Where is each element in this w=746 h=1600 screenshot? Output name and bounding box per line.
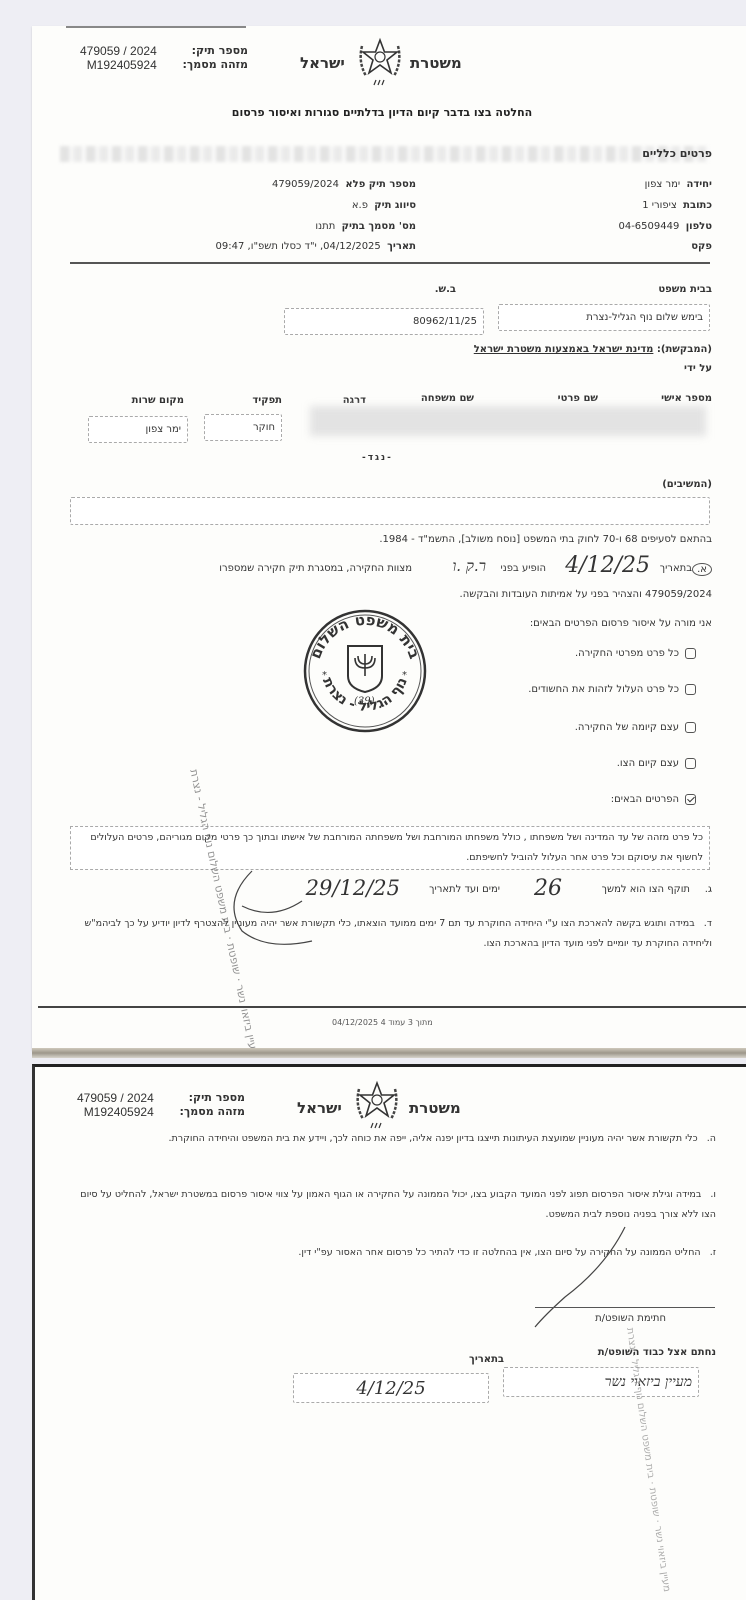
- option-identify-suspects[interactable]: כל פרט העלול לזהות את החשודים.: [528, 684, 696, 695]
- section-a-letter: א.: [692, 563, 712, 576]
- court-label: בבית משפט: [658, 284, 712, 295]
- phone-value: 04-6509449: [618, 221, 679, 232]
- respondents-field[interactable]: [70, 497, 710, 525]
- station-field[interactable]: ימר צפון: [88, 416, 188, 443]
- signed-before-field[interactable]: מעיין ביזאוי נשר: [503, 1367, 699, 1397]
- respondents-label: (המשיבים): [662, 479, 712, 490]
- judge-signature-label: חתימת השופט/ת: [595, 1313, 666, 1324]
- file-number-label: מספר תיק:: [169, 1091, 245, 1105]
- order-intro: אני מורה על איסור פרסום הפרטים הבאים:: [530, 618, 712, 629]
- pla-file-label: מספר תיק פלא: [345, 179, 416, 190]
- handwritten-name: ר.ק .ו: [452, 557, 486, 576]
- date-row: תאריך 04/12/2025, י"ד כסלו תשפ"ו, 09:47: [216, 241, 416, 252]
- option-label: עצם קיום הצו.: [617, 758, 679, 769]
- file-number-value: 479059 / 2024: [77, 1091, 154, 1105]
- svg-text:נוף הגליל - נצרת: נוף הגליל - נצרת: [319, 675, 411, 715]
- judge-signature-line: [535, 1307, 715, 1308]
- date-label: תאריך: [387, 241, 416, 252]
- section-h: ה. כלי תקשורת אשר יהיה מעוניין שמועצת הע…: [76, 1129, 716, 1149]
- section-v-letter: ו.: [710, 1189, 716, 1200]
- legal-basis: בהתאם לסעיפים 68 ו-70 לחוק בתי המשפט [נו…: [379, 534, 712, 545]
- handwritten-until-date: 29/12/25: [306, 876, 400, 900]
- unit-label: יחידה: [686, 179, 712, 190]
- date-value: 4/12/25: [356, 1378, 425, 1399]
- date-field[interactable]: 4/12/25: [293, 1373, 489, 1403]
- file-number-value: 479059 / 2024: [80, 44, 157, 58]
- col-header-last-name: שם משפחה: [421, 393, 474, 404]
- israel-police-emblem-icon: [353, 1079, 401, 1135]
- col-header-station: מקום שרות: [132, 395, 184, 406]
- section-h-text: כלי תקשורת אשר יהיה מעוניין שמועצת העיתו…: [169, 1133, 698, 1144]
- checkbox-icon[interactable]: [685, 648, 696, 659]
- option-following-details[interactable]: הפרטים הבאים:: [611, 794, 696, 805]
- requester-label: (המבקשת):: [657, 344, 712, 355]
- section-z-letter: ז.: [710, 1247, 716, 1258]
- option-label: כל פרט מפרטי החקירה.: [575, 648, 679, 659]
- date-value: 04/12/2025, י"ד כסלו תשפ"ו, 09:47: [216, 241, 381, 252]
- page-gap: [32, 1048, 746, 1058]
- section-a-appeared: הופיע בפני: [501, 563, 546, 574]
- signed-before-label: נחתם אצל כבוד השופט/ת: [598, 1347, 716, 1358]
- court-field[interactable]: בימש שלום נוף הגליל-נצרת: [498, 304, 710, 331]
- pla-file-value: 479059/2024: [272, 179, 339, 190]
- section-a-line2: 479059/2024 והצהיר בפני על אמיתות העובדו…: [460, 589, 712, 600]
- checkbox-icon[interactable]: [685, 722, 696, 733]
- org-name-israel: ישראל: [297, 1099, 342, 1117]
- file-class-label: סיווג תיק: [374, 200, 416, 211]
- org-name-police: משטרת: [410, 54, 462, 72]
- signed-before-value: מעיין ביזאוי נשר: [605, 1374, 692, 1391]
- section-g-prefix: תוקף הצו הוא למשך: [602, 884, 690, 895]
- fax-row: פקס: [691, 241, 712, 252]
- address-label: כתובת: [683, 200, 712, 211]
- case-label: ב.ש.: [435, 284, 456, 295]
- file-meta-labels: מספר תיק: מזהה מסמך:: [169, 1091, 245, 1119]
- phone-row: טלפון 04-6509449: [618, 221, 712, 232]
- checkbox-checked-icon[interactable]: [685, 794, 696, 805]
- divider: [70, 262, 710, 264]
- option-label: עצם קיומה של החקירה.: [575, 722, 679, 733]
- footer-divider: [38, 1006, 746, 1008]
- file-meta-values: 479059 / 2024 M192405924: [80, 44, 157, 72]
- unit-value: ימר צפון: [645, 179, 680, 190]
- requester-value: מדינת ישראל באמצעות משטרת ישראל: [474, 344, 654, 355]
- page-title: החלטה בצו בדבר קיום הדיון בדלתיים סגורות…: [192, 106, 572, 119]
- col-header-personal-number: מספר אישי: [661, 393, 712, 404]
- case-number-field[interactable]: 80962/11/25: [284, 308, 484, 335]
- svg-text:(39): (39): [354, 696, 375, 707]
- option-label: הפרטים הבאים:: [611, 794, 679, 805]
- document-page-1: 479059 / 2024 M192405924 מספר תיק: מזהה …: [32, 26, 746, 1050]
- file-class-row: סיווג תיק פ.א: [352, 200, 416, 211]
- org-name-police: משטרת: [409, 1099, 461, 1117]
- svg-text:*: *: [402, 670, 407, 681]
- section-g-mid: ימים ועד לתאריך: [429, 884, 500, 895]
- section-d-text: במידה ותוגש בקשה להארכת הצו ע"י היחידה ה…: [85, 918, 712, 949]
- option-order-existence[interactable]: עצם קיום הצו.: [617, 758, 696, 769]
- svg-text:בית משפט השלום: בית משפט השלום: [306, 611, 423, 661]
- org-name-israel: ישראל: [300, 54, 345, 72]
- station-value: ימר צפון: [146, 424, 181, 435]
- doc-id-value: M192405924: [77, 1105, 154, 1119]
- section-a-rest: מצוות החקירה, במסגרת תיק חקירה שמספרו: [219, 563, 412, 574]
- role-value: חוקר: [253, 422, 275, 433]
- requester-row: (המבקשת): מדינת ישראל באמצעות משטרת ישרא…: [474, 344, 712, 355]
- section-d: ד. במידה ותוגש בקשה להארכת הצו ע"י היחיד…: [72, 914, 712, 954]
- section-h-letter: ה.: [707, 1133, 716, 1144]
- phone-label: טלפון: [686, 221, 712, 232]
- section-v-text: במידה וגילת איסור הפרסום תפוג לפני המועד…: [80, 1189, 716, 1220]
- redacted-band: [60, 146, 710, 162]
- option-investigation-existence[interactable]: עצם קיומה של החקירה.: [575, 722, 696, 733]
- section-g-line: ג. תוקף הצו הוא למשך 26 ימים ועד לתאריך …: [72, 884, 712, 906]
- doc-id-value: M192405924: [80, 58, 157, 72]
- col-header-first-name: שם פרטי: [558, 393, 598, 404]
- checkbox-icon[interactable]: [685, 758, 696, 769]
- doc-in-file-row: מס' מסמך בתיק תתנו: [315, 221, 416, 232]
- general-details-heading: פרטים כלליים: [642, 147, 712, 160]
- doc-id-label: מזהה מסמך:: [169, 1105, 245, 1119]
- file-meta-values: 479059 / 2024 M192405924: [77, 1091, 154, 1119]
- file-meta-labels: מספר תיק: מזהה מסמך:: [172, 44, 248, 72]
- page-footer: 04/12/2025 4 מתוך 3 עמוד: [332, 1018, 433, 1027]
- svg-text:*: *: [322, 670, 327, 681]
- court-value: בימש שלום נוף הגליל-נצרת: [586, 312, 703, 323]
- doc-in-file-value: תתנו: [315, 221, 335, 232]
- address-value: ציפורי 1: [642, 200, 677, 211]
- fax-label: פקס: [691, 241, 712, 252]
- pla-file-row: מספר תיק פלא 479059/2024: [272, 179, 416, 190]
- col-header-role: תפקיד: [252, 395, 282, 406]
- doc-id-label: מזהה מסמך:: [172, 58, 248, 72]
- israel-police-emblem-icon: [356, 36, 404, 92]
- option-label: כל פרט העלול לזהות את החשודים.: [528, 684, 679, 695]
- option-investigation-details[interactable]: כל פרט מפרטי החקירה.: [575, 648, 696, 659]
- checkbox-icon[interactable]: [685, 684, 696, 695]
- handwritten-days: 26: [534, 876, 562, 901]
- section-a-line1: א. בתאריך 4/12/25 הופיע בפני ר.ק .ו מצוו…: [72, 563, 712, 583]
- section-g-letter: ג.: [705, 884, 712, 895]
- file-class-value: פ.א: [352, 200, 368, 211]
- address-row: כתובת ציפורי 1: [642, 200, 712, 211]
- section-a-date-prefix: בתאריך: [660, 563, 692, 574]
- section-d-letter: ד.: [704, 918, 712, 929]
- redacted-officer-details: [310, 406, 706, 436]
- unit-row: יחידה ימר צפון: [645, 179, 712, 190]
- document-page-2: 479059 / 2024 M192405924 מספר תיק: מזהה …: [32, 1064, 746, 1600]
- case-number-value: 80962/11/25: [413, 316, 477, 327]
- file-number-label: מספר תיק:: [172, 44, 248, 58]
- page-edge: [66, 26, 246, 28]
- col-header-rank: דרגה: [343, 395, 366, 406]
- by-label: על ידי: [684, 363, 712, 374]
- versus-label: -נגד-: [362, 453, 393, 463]
- handwritten-date: 4/12/25: [565, 553, 650, 578]
- date-label: בתאריך: [469, 1354, 504, 1365]
- court-stamp-icon: בית משפט השלום נוף הגליל - נצרת (39) * *: [300, 606, 430, 740]
- role-field[interactable]: חוקר: [204, 414, 282, 441]
- doc-in-file-label: מס' מסמך בתיק: [342, 221, 416, 232]
- details-textbox[interactable]: כל פרט מזהה של עד המדינה ושל משפחתו , כו…: [70, 826, 710, 870]
